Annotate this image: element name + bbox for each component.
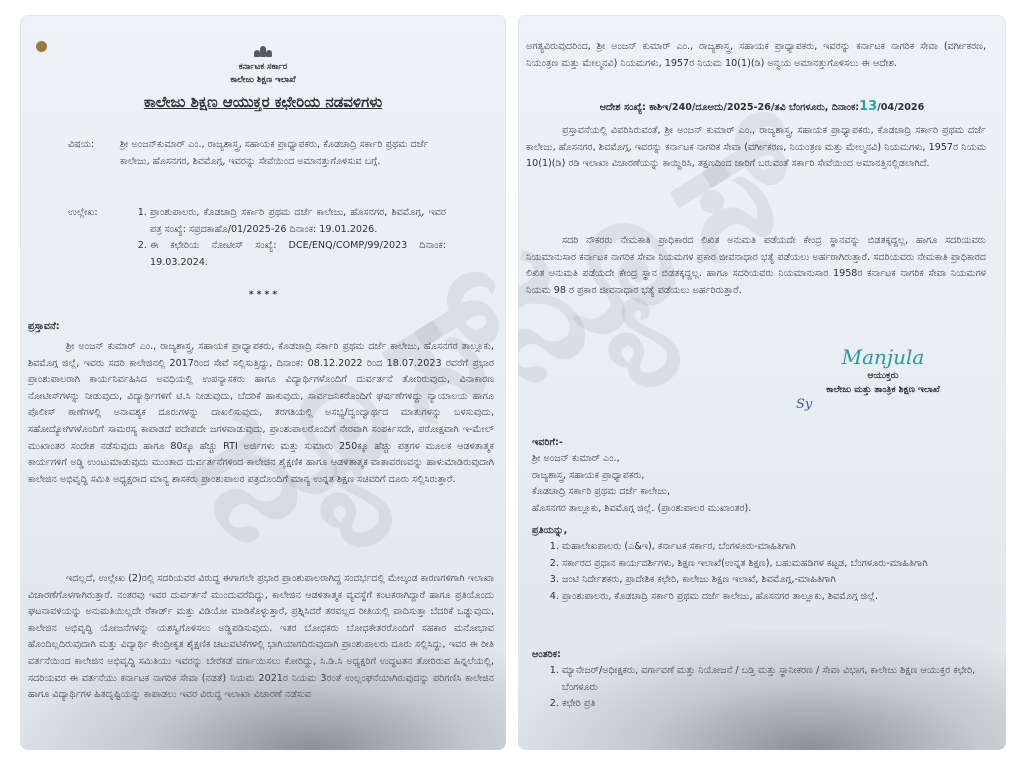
addressee-line: ಶ್ರೀ ಅಂಜನ್ ಕುಮಾರ್ ಎಂ., [532, 451, 751, 468]
addressee-line: ಹೊಸನಗರ ತಾಲ್ಲೂಕು, ಶಿವಮೊಗ್ಗ ಜಿಲ್ಲೆ. (ಪ್ರಾಂ… [532, 501, 751, 518]
copy-to-item: ಸರ್ಕಾರದ ಪ್ರಧಾನ ಕಾರ್ಯದರ್ಶಿಗಳು, ಶಿಕ್ಷಣ ಇಲಾ… [562, 556, 988, 573]
preamble-paragraph-1: ಶ್ರೀ ಅಂಜನ್ ಕುಮಾರ್ ಎಂ., ರಾಜ್ಯಶಾಸ್ತ್ರ, ಸಹಾ… [28, 339, 494, 488]
addressee-line: ರಾಜ್ಯಶಾಸ್ತ್ರ, ಸಹಾಯಕ ಪ್ರಾಧ್ಯಾಪಕರು, [532, 468, 751, 485]
internal-list: ಮ್ಯಾನೇಜರ್/ಅಧೀಕ್ಷಕರು, ವರ್ಗಾವಣೆ ಮತ್ತು ನಿಯೋ… [532, 663, 988, 713]
handwritten-date-day: 13 [859, 99, 877, 114]
document-page-left: ನ್ಯೂಸ್ ಕರ್ನಾಟಕ ಸರ್ಕಾರ ಕಾಲೇಜು ಶಿಕ್ಷಣ ಇಲಾಖ… [20, 15, 506, 750]
subject-label: ವಿಷಯ: [68, 137, 120, 170]
order-number: ಆದೇಶ ಸಂಖ್ಯೆ: ಕಾಶಿಇ/240/ದೂಅದು/2025-26/ತವಿ… [600, 102, 859, 113]
karnataka-emblem-icon [254, 45, 272, 57]
initials: Sy [768, 397, 998, 412]
letterhead: ಕರ್ನಾಟಕ ಸರ್ಕಾರ ಕಾಲೇಜು ಶಿಕ್ಷಣ ಇಲಾಖೆ ಕಾಲೇಜ… [20, 45, 506, 111]
order-date-suffix: /04/2026 [877, 102, 924, 113]
subject-block: ವಿಷಯ: ಶ್ರೀ ಅಂಜನ್‌ಕುಮಾರ್ ಎಂ., ರಾಜ್ಯಶಾಸ್ತ್… [68, 137, 446, 170]
order-paragraph: ಪ್ರಸ್ತಾವನೆಯಲ್ಲಿ ವಿವರಿಸಿರುವಂತೆ, ಶ್ರೀ ಅಂಜನ… [526, 123, 986, 173]
copy-to-block: ಪ್ರತಿಯನ್ನು, ಮಹಾಲೇಖಪಾಲರು (ಎ&ಇ), ಕರ್ನಾಟಕ ಸ… [532, 523, 988, 605]
signatory-department: ಕಾಲೇಜು ಮತ್ತು ತಾಂತ್ರಿಕ ಶಿಕ್ಷಣ ಇಲಾಖೆ [768, 383, 998, 397]
government-name: ಕರ್ನಾಟಕ ಸರ್ಕಾರ [20, 61, 506, 74]
order-number-line: ಆದೇಶ ಸಂಖ್ಯೆ: ಕಾಶಿಇ/240/ದೂಅದು/2025-26/ತವಿ… [518, 99, 1006, 114]
continued-text: ಅಗತ್ಯವಿರುವುದರಿಂದ, ಶ್ರೀ ಅಂಜನ್ ಕುಮಾರ್ ಎಂ.,… [526, 39, 986, 72]
preamble-paragraph-2: ಇದಲ್ಲದೆ, ಉಲ್ಲೇಖ (2)ರಲ್ಲಿ ಸದರಿಯವರ ವಿರುದ್ಧ… [28, 571, 494, 704]
reference-label: ಉಲ್ಲೇಖ: [68, 205, 120, 271]
copy-to-label: ಪ್ರತಿಯನ್ನು, [532, 523, 988, 539]
addressee-line: ಕೊಡಚಾದ್ರಿ ಸರ್ಕಾರಿ ಪ್ರಥಮ ದರ್ಜೆ ಕಾಲೇಜು, [532, 484, 751, 501]
internal-block: ಆಂತರಿಕ: ಮ್ಯಾನೇಜರ್/ಅಧೀಕ್ಷಕರು, ವರ್ಗಾವಣೆ ಮತ… [532, 647, 988, 713]
addressee-label: ಇವರಿಗೆ:- [532, 435, 751, 451]
reference-block: ಉಲ್ಲೇಖ: ಪ್ರಾಂಶುಪಾಲರು, ಕೊಡಚಾದ್ರಿ ಸರ್ಕಾರಿ … [68, 205, 446, 271]
department-name: ಕಾಲೇಜು ಶಿಕ್ಷಣ ಇಲಾಖೆ [20, 74, 506, 87]
signature-block: Manjula ಆಯುಕ್ತರು ಕಾಲೇಜು ಮತ್ತು ತಾಂತ್ರಿಕ ಶ… [768, 345, 998, 412]
document-page-right: ನ್ಯೂಸ್ ಅಗತ್ಯವಿರುವುದರಿಂದ, ಶ್ರೀ ಅಂಜನ್ ಕುಮಾ… [518, 15, 1006, 750]
internal-label: ಆಂತರಿಕ: [532, 647, 988, 663]
subsistence-allowance-paragraph: ಸದರಿ ನೌಕರರು ನೇಮಕಾತಿ ಪ್ರಾಧಿಕಾರದ ಲಿಖಿತ ಅನು… [526, 233, 986, 299]
preamble-label: ಪ್ರಸ್ತಾವನೆ: [28, 321, 60, 332]
copy-to-item: ಜಂಟಿ ನಿರ್ದೇಶಕರು, ಪ್ರಾದೇಶಿಕ ಕಛೇರಿ, ಕಾಲೇಜು… [562, 572, 988, 589]
separator: * * * * [20, 290, 506, 300]
addressee-block: ಇವರಿಗೆ:- ಶ್ರೀ ಅಂಜನ್ ಕುಮಾರ್ ಎಂ., ರಾಜ್ಯಶಾಸ… [532, 435, 751, 517]
internal-item: ಕಛೇರಿ ಪ್ರತಿ [562, 696, 988, 713]
reference-item: ಈ ಕಛೇರಿಯ ನೋಟೀಸ್ ಸಂಖ್ಯೆ: DCE/ENQ/COMP/99/… [150, 238, 446, 271]
subject-text: ಶ್ರೀ ಅಂಜನ್‌ಕುಮಾರ್ ಎಂ., ರಾಜ್ಯಶಾಸ್ತ್ರ, ಸಹಾ… [120, 137, 446, 170]
signature: Manjula [768, 345, 998, 369]
signatory-designation: ಆಯುಕ್ತರು [768, 369, 998, 383]
copy-to-list: ಮಹಾಲೇಖಪಾಲರು (ಎ&ಇ), ಕರ್ನಾಟಕ ಸರ್ಕಾರ, ಬೆಂಗಳ… [532, 539, 988, 605]
reference-item: ಪ್ರಾಂಶುಪಾಲರು, ಕೊಡಚಾದ್ರಿ ಸರ್ಕಾರಿ ಪ್ರಥಮ ದರ… [150, 205, 446, 238]
copy-to-item: ಮಹಾಲೇಖಪಾಲರು (ಎ&ಇ), ಕರ್ನಾಟಕ ಸರ್ಕಾರ, ಬೆಂಗಳ… [562, 539, 988, 556]
proceedings-title: ಕಾಲೇಜು ಶಿಕ್ಷಣ ಆಯುಕ್ತರ ಕಛೇರಿಯ ನಡವಳಿಗಳು [20, 93, 506, 111]
reference-list: ಪ್ರಾಂಶುಪಾಲರು, ಕೊಡಚಾದ್ರಿ ಸರ್ಕಾರಿ ಪ್ರಥಮ ದರ… [120, 205, 446, 271]
internal-item: ಮ್ಯಾನೇಜರ್/ಅಧೀಕ್ಷಕರು, ವರ್ಗಾವಣೆ ಮತ್ತು ನಿಯೋ… [562, 663, 988, 696]
copy-to-item: ಪ್ರಾಂಶುಪಾಲರು, ಕೊಡಚಾದ್ರಿ ಸರ್ಕಾರಿ ಪ್ರಥಮ ದರ… [562, 589, 988, 606]
